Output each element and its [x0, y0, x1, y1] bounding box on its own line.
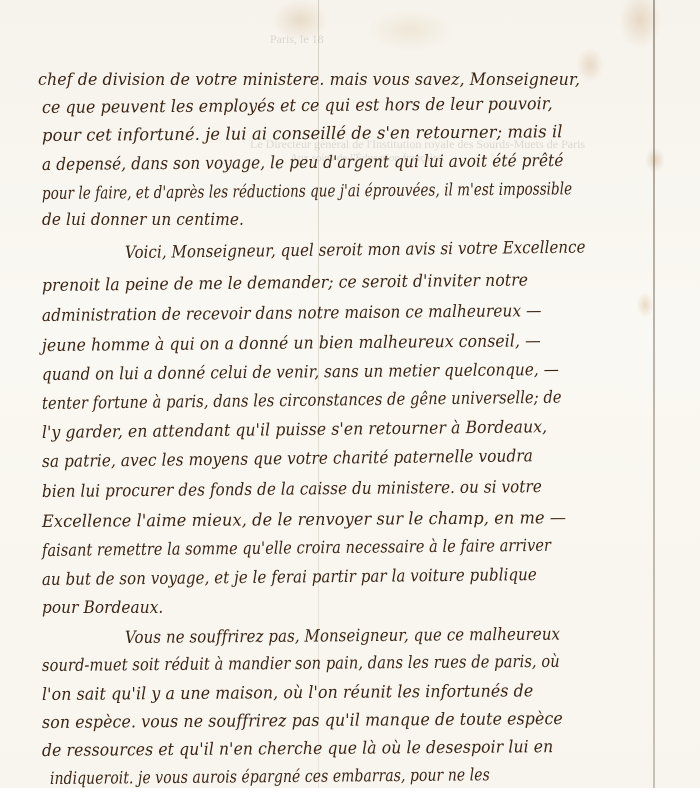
letter-line: administration de recevoir dans notre ma… — [42, 301, 542, 326]
letter-line: chef de division de votre ministere. mai… — [38, 70, 580, 90]
letter-line: pour Bordeaux. — [42, 598, 163, 618]
letter-body: chef de division de votre ministere. mai… — [0, 0, 700, 800]
letter-line: Excellence l'aime mieux, de le renvoyer … — [42, 508, 566, 532]
letter-line: tenter fortune à paris, dans les circons… — [42, 388, 562, 414]
letter-line: sa patrie, avec les moyens que votre cha… — [42, 446, 533, 472]
letter-line: de lui donner un centime. — [42, 210, 244, 230]
letter-line: pour cet infortuné. je lui ai conseillé … — [42, 122, 563, 146]
letter-line: jeune homme à qui on a donné un bien mal… — [42, 331, 541, 356]
letter-line: indiqueroit. je vous aurois épargné ces … — [50, 765, 490, 789]
letter-line: faisant remettre la somme qu'elle croira… — [42, 536, 551, 561]
manuscript-page: Paris, le 18 Le Directeur général de l'I… — [0, 0, 700, 800]
letter-line: ce que peuvent les employés et ce qui es… — [42, 94, 553, 118]
letter-line-paragraph-start: Vous ne souffrirez pas, Monseigneur, que… — [125, 625, 560, 648]
letter-line: de ressources et qu'il n'en cherche que … — [42, 737, 553, 761]
letter-line: a depensé, dans son voyage, le peu d'arg… — [42, 151, 564, 175]
letter-line: prenoit la peine de me le demander; ce s… — [42, 270, 528, 296]
letter-line: son espèce. vous ne souffrirez pas qu'il… — [42, 709, 563, 733]
letter-line: l'y garder, en attendant qu'il puisse s'… — [42, 417, 547, 443]
letter-line-paragraph-start: Voici, Monseigneur, quel seroit mon avis… — [125, 238, 586, 263]
letter-line: bien lui procurer des fonds de la caisse… — [42, 477, 542, 502]
letter-line: au but de son voyage, et je le ferai par… — [42, 565, 537, 590]
letter-line: l'on sait qu'il y a une maison, où l'on … — [42, 681, 533, 705]
letter-line: sourd-muet soit réduit à mandier son pai… — [42, 652, 560, 676]
paper-bottom-edge — [0, 788, 700, 800]
letter-line: quand on lui a donné celui de venir, san… — [42, 360, 559, 385]
letter-line: pour le faire, et d'après les réductions… — [42, 179, 572, 204]
